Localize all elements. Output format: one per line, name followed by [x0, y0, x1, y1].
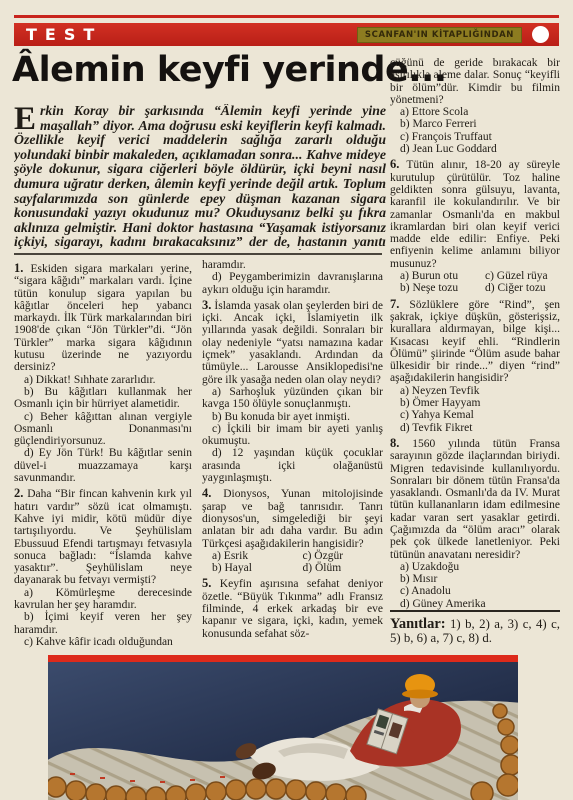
question-7-number: 7. — [390, 297, 399, 311]
question-7-option-c: c) Yahya Kemal — [390, 409, 560, 421]
question-1-option-d: d) Ey Jön Türk! Bu kâğıtlar senin düvel-… — [14, 447, 192, 484]
quiz-column-1: 1. Eskiden sigara markaları yerine, “sig… — [14, 259, 192, 651]
question-6-option-a: a) Burun otu — [390, 270, 475, 282]
question-6-option-row-2: b) Neşe tozu d) Ciğer tozu — [390, 282, 560, 294]
question-4-number: 4. — [202, 486, 211, 500]
question-8-number: 8. — [390, 436, 399, 450]
question-3-option-d: d) 12 yaşından küçük çocuklar arasında i… — [202, 447, 383, 484]
question-5-option-d: d) Jean Luc Goddard — [390, 143, 560, 155]
question-7-option-a: a) Neyzen Tevfik — [390, 385, 560, 397]
question-1: 1. Eskiden sigara markaları yerine, “sig… — [14, 262, 192, 374]
question-2-continuation: haramdır. — [202, 259, 383, 271]
question-8-option-d: d) Güney Amerika — [390, 598, 560, 610]
photo-red-stripe — [48, 655, 518, 662]
question-1-number: 1. — [14, 261, 23, 275]
question-7-option-d: d) Tevfik Fikret — [390, 422, 560, 434]
question-4-option-row-1: a) Esrik c) Özgür — [202, 550, 383, 562]
question-1-text: Eskiden sigara markaları yerine, “sigara… — [14, 263, 192, 373]
library-badge: SCANFAN'IN KİTAPLIĞINDAN — [357, 27, 522, 43]
cigarette-lounge-photo — [48, 655, 518, 800]
question-6: 6. Tütün alınır, 18-20 ay süreyle kurutu… — [390, 158, 560, 270]
question-5-option-b: b) Marco Ferreri — [390, 118, 560, 130]
question-3-option-a: a) Sarhoşluk yüzünden çıkan bir kavga 15… — [202, 386, 383, 411]
question-1-option-a: a) Dikkat! Sıhhate zararlıdır. — [14, 374, 192, 386]
question-1-option-b: b) Bu kâğıtları kullanmak her Osmanlı iç… — [14, 386, 192, 411]
intro-paragraph: Erkin Koray bir şarkısında “Âlemin keyfi… — [14, 104, 386, 250]
intro-bottom-rule — [14, 253, 382, 255]
circle-icon — [532, 26, 549, 43]
question-2-text: Daha “Bir fincan kahvenin kırk yıl hatır… — [14, 488, 192, 586]
question-4-option-b: b) Hayal — [202, 562, 293, 574]
question-4: 4. Dionysos, Yunan mitolojisinde şarap v… — [202, 487, 383, 549]
question-5-option-a: a) Ettore Scola — [390, 106, 560, 118]
question-3-option-c: c) İçkili bir imam bir ayeti yanlış okum… — [202, 423, 383, 448]
question-5-continuation: cüğünü de geride bırakacak bir aşırılıkl… — [390, 57, 560, 106]
question-6-text: Tütün alınır, 18-20 ay süreyle kurutulup… — [390, 159, 560, 269]
question-7: 7. Sözlüklere göre “Rind”, şen şakrak, i… — [390, 298, 560, 385]
question-4-option-c: c) Özgür — [293, 550, 384, 562]
question-3: 3. İslamda yasak olan şeylerden biri de … — [202, 299, 383, 386]
question-1-option-c: c) Beher kâğıttan alınan vergiyle Osmanl… — [14, 411, 192, 448]
question-6-option-d: d) Ciğer tozu — [475, 282, 560, 294]
quiz-column-3: cüğünü de geride bırakacak bir aşırılıkl… — [390, 57, 560, 645]
question-8: 8. 1560 yılında tütün Fransa sarayının g… — [390, 437, 560, 561]
question-2-option-d: d) Peygamberimizin davranışlarına aykırı… — [202, 271, 383, 296]
question-2-option-c: c) Kahve kâfir icadı olduğundan — [14, 636, 192, 648]
question-3-option-b: b) Bu konuda bir ayet inmişti. — [202, 411, 383, 423]
question-5: 5. Keyfin aşırısına sefahat deniyor özet… — [202, 577, 383, 639]
question-2: 2. Daha “Bir fincan kahvenin kırk yıl ha… — [14, 487, 192, 586]
question-8-option-b: b) Mısır — [390, 573, 560, 585]
question-6-option-b: b) Neşe tozu — [390, 282, 475, 294]
header-top-rule — [14, 15, 559, 18]
question-4-text: Dionysos, Yunan mitolojisinde şarap ve b… — [202, 488, 383, 549]
question-2-number: 2. — [14, 486, 23, 500]
question-8-text: 1560 yılında tütün Fransa sarayının gözd… — [390, 438, 560, 561]
quiz-column-2: haramdır. d) Peygamberimizin davranışlar… — [202, 259, 383, 651]
question-6-option-c: c) Güzel rüya — [475, 270, 560, 282]
question-4-option-d: d) Ölüm — [293, 562, 384, 574]
question-6-option-row-1: a) Burun otu c) Güzel rüya — [390, 270, 560, 282]
question-5-option-c: c) François Truffaut — [390, 131, 560, 143]
question-4-option-row-2: b) Hayal d) Ölüm — [202, 562, 383, 574]
question-2-option-a: a) Kömürleşme derecesinde kavrulan her ş… — [14, 587, 192, 612]
question-3-number: 3. — [202, 298, 211, 312]
lounge-photo-illustration — [48, 655, 518, 800]
intro-dropcap: E — [14, 104, 40, 133]
question-4-option-a: a) Esrik — [202, 550, 293, 562]
question-7-text: Sözlüklere göre “Rind”, şen şakrak, içki… — [390, 299, 560, 385]
question-6-number: 6. — [390, 157, 399, 171]
test-label: TEST — [14, 25, 102, 44]
header-banner: TEST SCANFAN'IN KİTAPLIĞINDAN — [14, 23, 559, 46]
question-2-option-b: b) İçimi keyif veren her şey haramdır. — [14, 611, 192, 636]
answer-key-label: Yanıtlar: — [390, 616, 446, 632]
question-8-option-a: a) Uzakdoğu — [390, 561, 560, 573]
question-5-number: 5. — [202, 576, 211, 590]
question-5-text: Keyfin aşırısına sefahat deniyor özetle.… — [202, 578, 383, 639]
question-8-option-c: c) Anadolu — [390, 585, 560, 597]
answer-key: Yanıtlar: 1) b, 2) a, 3) c, 4) c, 5) b, … — [390, 610, 560, 645]
question-7-option-b: b) Ömer Hayyam — [390, 397, 560, 409]
page-title: Âlemin keyfi yerinde... — [12, 50, 392, 90]
intro-text: rkin Koray bir şarkısında “Âlemin keyfi … — [14, 104, 386, 250]
question-3-text: İslamda yasak olan şeylerden biri de içk… — [202, 300, 383, 386]
